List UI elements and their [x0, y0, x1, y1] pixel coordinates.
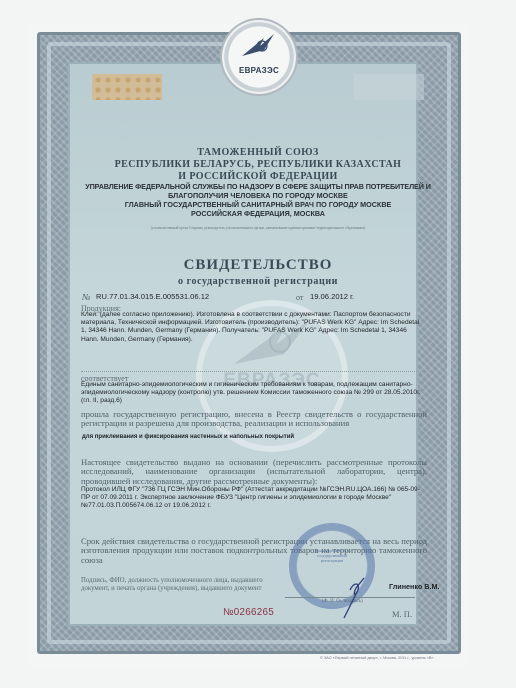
authority-caption: (уполномоченный орган Стороны, руководит…	[0, 226, 516, 230]
signer-name: Глиненко В.М.	[389, 582, 439, 591]
bird-emblem-icon	[240, 32, 278, 60]
certificate-title: СВИДЕТЕЛЬСТВО	[0, 257, 516, 274]
certificate-number: RU.77.01.34.015.E.005531.06.12	[96, 292, 209, 301]
basis-text: Настоящее свидетельство выдано на основа…	[81, 458, 427, 486]
ornament-strip-left	[92, 74, 162, 100]
handwritten-signature-icon	[330, 560, 380, 620]
emblem-label: ЕВРАЗЭС	[222, 66, 296, 75]
header-federation: И РОССИЙСКОЙ ФЕДЕРАЦИИ	[0, 171, 516, 182]
number-label: №	[82, 292, 91, 302]
header-union: ТАМОЖЕННЫЙ СОЮЗ	[0, 147, 516, 158]
certificate-subtitle: о государственной регистрации	[0, 276, 516, 287]
form-serial-number: №0266265	[223, 607, 274, 618]
printer-note: © ЗАО «Первый печатный двор», г. Москва,…	[320, 656, 435, 660]
ornament-strip-right	[354, 74, 424, 100]
eurasec-emblem: ЕВРАЗЭС	[222, 20, 296, 94]
authority-line: ГЛАВНЫЙ ГОСУДАРСТВЕННЫЙ САНИТАРНЫЙ ВРАЧ …	[0, 200, 516, 209]
authority-line: БЛАГОПОЛУЧИЯ ЧЕЛОВЕКА ПО ГОРОДУ МОСКВЕ	[0, 191, 516, 200]
date-label: от	[296, 293, 303, 302]
seal-mark: М. П.	[392, 609, 412, 619]
basis-documents: Протокол ИЛЦ ФГУ "736 ГЦ ГСЭН Мин.Оборон…	[81, 486, 421, 511]
authority-line: УПРАВЛЕНИЕ ФЕДЕРАЛЬНОЙ СЛУЖБЫ ПО НАДЗОРУ…	[0, 182, 516, 191]
registration-text: прошла государственную регистрацию, внес…	[81, 410, 427, 429]
divider	[81, 371, 431, 373]
compliance-text: Единым санитарно-эпидемиологическим и ги…	[81, 381, 421, 406]
header-republics: РЕСПУБЛИКИ БЕЛАРУСЬ, РЕСПУБЛИКИ КАЗАХСТА…	[0, 159, 516, 170]
authority-line: РОССИЙСКАЯ ФЕДЕРАЦИЯ, МОСКВА	[0, 209, 516, 218]
registration-purpose: для приклеивания и фиксирования настенны…	[82, 434, 294, 440]
signature-label: Подпись, ФИО, должность уполномоченного …	[81, 577, 281, 593]
product-description: Клеи: (далее согласно приложению). Изгот…	[81, 311, 421, 344]
certificate-date: 19.06.2012 г.	[310, 292, 354, 301]
